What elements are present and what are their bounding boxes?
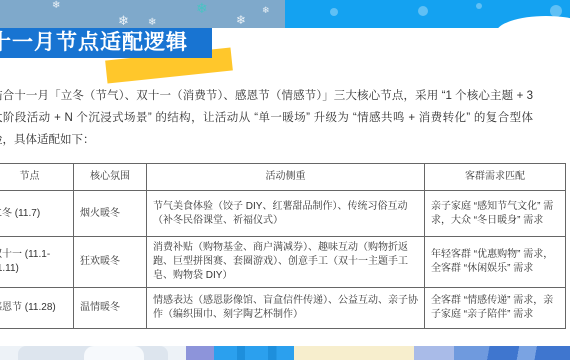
table-body: 立冬 (11.7)烟火暖冬节气美食体验（饺子 DIY、红薯甜品制作）、传统习俗互… [0, 191, 566, 329]
table-cell: 狂欢暖冬 [74, 237, 147, 288]
table-cell: 情感表达（感恩影像馆、盲盒信件传递）、公益互动、亲子协作（编织围巾、刻字陶艺杯制… [147, 288, 425, 329]
snowflake-icon: ❄ [236, 14, 246, 26]
table-cell: 烟火暖冬 [74, 191, 147, 237]
bottom-illustration [0, 346, 570, 360]
snow-dot [476, 3, 482, 9]
slope-shape [454, 346, 570, 360]
page-title: 十一月节点适配逻辑 [0, 28, 212, 58]
intro-paragraph: 结合十一月「立冬（节气）、双十一（消费节）、感恩节（情感节）」三大核心节点，采用… [0, 85, 559, 151]
snowflake-icon: ❄ [262, 6, 270, 15]
table-cell: 双十一 (11.1-11.11) [0, 237, 74, 288]
light-sky-shape [294, 346, 416, 360]
column-header: 核心氛围 [74, 164, 147, 191]
column-header: 客群需求匹配 [425, 164, 566, 191]
table-row: 双十一 (11.1-11.11)狂欢暖冬消费补贴（购物基金、商户满减券）、趣味互… [0, 237, 566, 288]
snow-dot [330, 8, 338, 16]
table-cell: 全客群 “情感传递” 需求，亲子家庭 “亲子陪伴” 需求 [425, 288, 566, 329]
adaptation-table: 节点核心氛围活动侧重客群需求匹配 立冬 (11.7)烟火暖冬节气美食体验（饺子 … [0, 163, 566, 329]
header-row: 节点核心氛围活动侧重客群需求匹配 [0, 164, 566, 191]
column-header: 活动侧重 [147, 164, 425, 191]
table-cell: 消费补贴（购物基金、商户满减券）、趣味互动（购物折返跑、巨型拼图赛、套圈游戏）、… [147, 237, 425, 288]
snow-mound-shape [84, 346, 144, 360]
column-header: 节点 [0, 164, 74, 191]
snowflake-icon: ❄ [52, 1, 60, 11]
table-cell: 年轻客群 “优惠购物” 需求，全客群 “休闲娱乐” 需求 [425, 237, 566, 288]
table-cell: 感恩节 (11.28) [0, 288, 74, 329]
table-cell: 立冬 (11.7) [0, 191, 74, 237]
table-row: 立冬 (11.7)烟火暖冬节气美食体验（饺子 DIY、红薯甜品制作）、传统习俗互… [0, 191, 566, 237]
snowflake-icon: ❄ [148, 18, 156, 28]
slide: ❄ ❄ ❄ ❄ ❄ ❄ 十一月节点适配逻辑 结合十一月「立冬（节气）、双十一（消… [0, 0, 570, 360]
table-cell: 节气美食体验（饺子 DIY、红薯甜品制作）、传统习俗互动（补冬民俗课堂、祈福仪式… [147, 191, 425, 237]
top-band [0, 0, 570, 28]
snow-dot [418, 6, 428, 16]
cloud-shape [496, 16, 570, 50]
table-cell: 温情暖冬 [74, 288, 147, 329]
table-head: 节点核心氛围活动侧重客群需求匹配 [0, 164, 566, 191]
table-row: 感恩节 (11.28)温情暖冬情感表达（感恩影像馆、盲盒信件传递）、公益互动、亲… [0, 288, 566, 329]
snowflake-icon: ❄ [196, 1, 208, 15]
table-cell: 亲子家庭 “感知节气文化” 需求，大众 “冬日暖身” 需求 [425, 191, 566, 237]
tree-scene-shape [214, 346, 296, 360]
snowflake-icon: ❄ [118, 14, 129, 27]
table-wrapper: 节点核心氛围活动侧重客群需求匹配 立冬 (11.7)烟火暖冬节气美食体验（饺子 … [0, 163, 566, 329]
hill-shape [414, 346, 456, 360]
